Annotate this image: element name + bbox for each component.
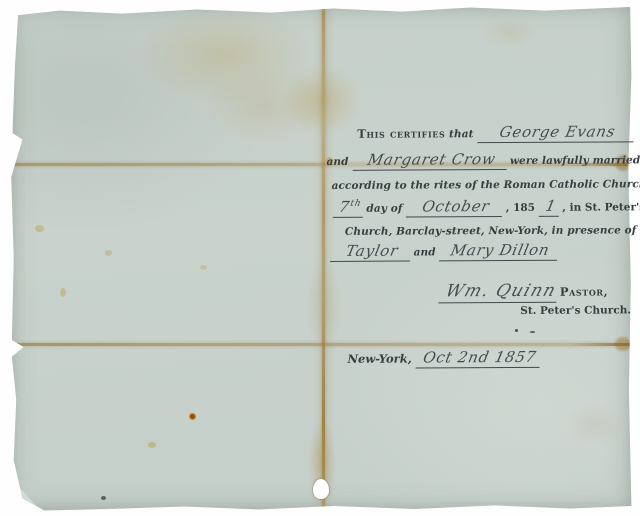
certifies-label: This certifies [357,126,445,140]
month-handwriting: October [406,199,506,217]
day-handwriting: 7th [333,200,367,218]
pastor-signature-handwriting: Wm. Quinn [438,283,562,303]
certifies-line: This certifies that George Evans [357,124,633,143]
issue-date-line: New-York, Oct 2nd 1857 [347,350,539,369]
witness-line: Taylor and Mary Dillon [330,243,557,262]
day-of-label: day of [366,203,402,215]
date-line: 7th day of October , 185 1 , in St. Pete… [333,198,640,217]
bride-name-handwriting: Margaret Crow [352,152,510,171]
church-label: St. Peter's Church. [520,304,631,317]
church-name-line: St. Peter's Church. [520,304,631,317]
groom-name-handwriting: George Evans [477,124,637,143]
bride-line: and Margaret Crow were lawfully married [326,151,640,170]
certificate-text: This certifies that George Evans and Mar… [0,0,640,516]
place-suffix: , in St. Peter's [562,201,640,213]
rites-text: according to the rites of the Roman Cath… [332,178,640,192]
place-text: Church, Barclay-street, New-York, in pre… [345,224,637,238]
church-line: Church, Barclay-street, New-York, in pre… [345,221,640,241]
witness1-last-handwriting: Taylor [330,244,414,262]
year-printed: , 185 [506,202,535,214]
day-ordinal: th [349,199,362,209]
that-label: that [449,128,474,140]
issue-date-handwriting: Oct 2nd 1857 [416,350,544,368]
witness2-handwriting: Mary Dillon [439,243,561,261]
signature-line: Wm. Quinn Pastor, [438,282,608,303]
year-digit-handwriting: 1 [539,199,563,217]
and-label: and [326,156,348,168]
pastor-label: Pastor, [560,284,608,298]
city-label: New-York, [347,352,411,366]
married-label: were lawfully married [510,154,640,167]
scanned-certificate: This certifies that George Evans and Mar… [0,0,640,516]
witness-and-label: and [414,246,436,258]
rites-line: according to the rites of the Roman Cath… [332,178,640,192]
